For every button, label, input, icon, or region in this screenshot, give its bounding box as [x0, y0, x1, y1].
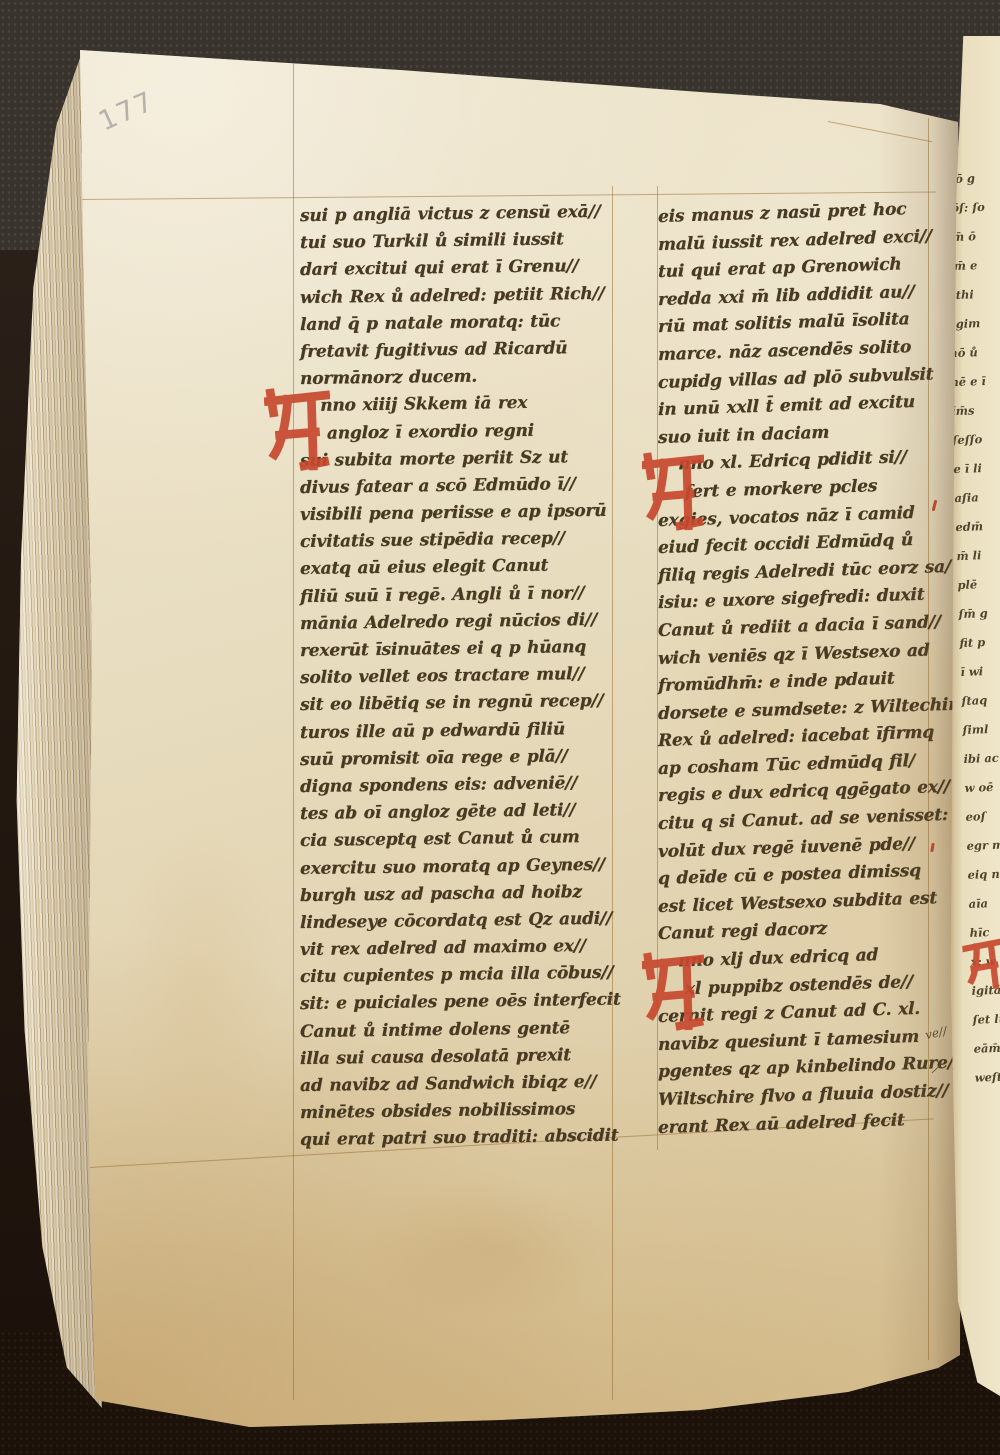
- rubric-initial-facing: A: [961, 934, 1000, 997]
- manuscript-text-line: plē: [957, 569, 1000, 600]
- manuscript-text-line: aſia: [954, 482, 1000, 513]
- gutter-shadow: [878, 50, 962, 1390]
- manuscript-text-line: ſiml: [962, 714, 1000, 745]
- manuscript-text-line: burgh usz ad pascha ad hoibz: [300, 878, 618, 910]
- manuscript-text-line: ibi ac: [963, 743, 1000, 774]
- manuscript-text-line: hō ů: [949, 337, 1000, 368]
- manuscript-text-line: eiq n: [967, 859, 1000, 890]
- manuscript-text-line: edm̄: [955, 511, 1000, 542]
- manuscript-text-line: visibili pena periisse e ap ipsorū: [300, 498, 618, 530]
- manuscript-text-line: qui erat patri suo traditi: abscidit: [300, 1123, 618, 1155]
- pencil-folio-number: 177: [94, 86, 159, 138]
- manuscript-photo: 177 sui p angliā victus z censū exā∕∕tui…: [0, 0, 1000, 1455]
- manuscript-text-line: wich Rex ů adelred: petiit Rich∕∕: [300, 280, 618, 312]
- rubric-initial-A-glyph: [642, 950, 704, 1032]
- manuscript-text-line: exercitu suo moratq ap Geynes∕∕: [300, 851, 618, 883]
- manuscript-text-line: sit eo libētiq se in regnū recep∕∕: [300, 688, 618, 720]
- manuscript-text-line: sit: e puiciales pene oēs interfecit: [300, 987, 618, 1019]
- manuscript-text-line: fit p: [959, 627, 1000, 658]
- manuscript-text-line: īm̄s: [951, 395, 1000, 426]
- manuscript-text-line: ſeſſo: [952, 424, 1000, 455]
- text-column-left: sui p angliā victus z censū exā∕∕tui suo…: [300, 199, 618, 1155]
- manuscript-text-line: dari excitui qui erat ī Grenu∕∕: [300, 253, 618, 285]
- manuscript-text-line: ſtaq: [961, 685, 1000, 716]
- manuscript-text-line: filiū suū ī regē. Angli ů ī nor∕∕: [300, 579, 618, 611]
- manuscript-text-line: cia susceptq est Canut ů cum: [300, 824, 618, 856]
- parchment-stain: [360, 1180, 620, 1320]
- rubric-initial-A-right-1: A: [642, 450, 704, 532]
- rubric-initial-A-glyph: [264, 386, 330, 472]
- manuscript-text-line: e ī li: [953, 453, 1000, 484]
- manuscript-text-line: ſet lu: [972, 1004, 1000, 1035]
- ruling-line-vertical-left: [293, 56, 294, 1400]
- manuscript-text-line: egim: [948, 308, 1000, 339]
- manuscript-text-line: ſm̄ g: [958, 598, 1000, 629]
- manuscript-text-line: w oē: [964, 772, 1000, 803]
- manuscript-text-line: m̄ li: [956, 540, 1000, 571]
- parchment-stain: [120, 820, 280, 1140]
- rubric-initial-A-glyph: [961, 934, 1000, 993]
- rubric-initial-A-left: A: [264, 386, 330, 472]
- rubric-initial-A-glyph: [642, 450, 704, 532]
- manuscript-text-line: ī wi: [960, 656, 1000, 687]
- manuscript-text-line: aīa: [968, 888, 1000, 919]
- manuscript-text-line: weſt: [974, 1062, 1000, 1093]
- manuscript-text-line: sui p angliā victus z censū exā∕∕: [300, 199, 618, 231]
- manuscript-page: 177 sui p angliā victus z censū exā∕∕tui…: [0, 0, 1000, 1455]
- manuscript-text-line: nē e ī: [950, 366, 1000, 397]
- manuscript-text-line: eoſ: [965, 801, 1000, 832]
- manuscript-text-line: eām̄: [973, 1033, 1000, 1064]
- rubric-initial-A-right-2: A: [642, 950, 704, 1032]
- manuscript-text-line: egr m: [966, 830, 1000, 861]
